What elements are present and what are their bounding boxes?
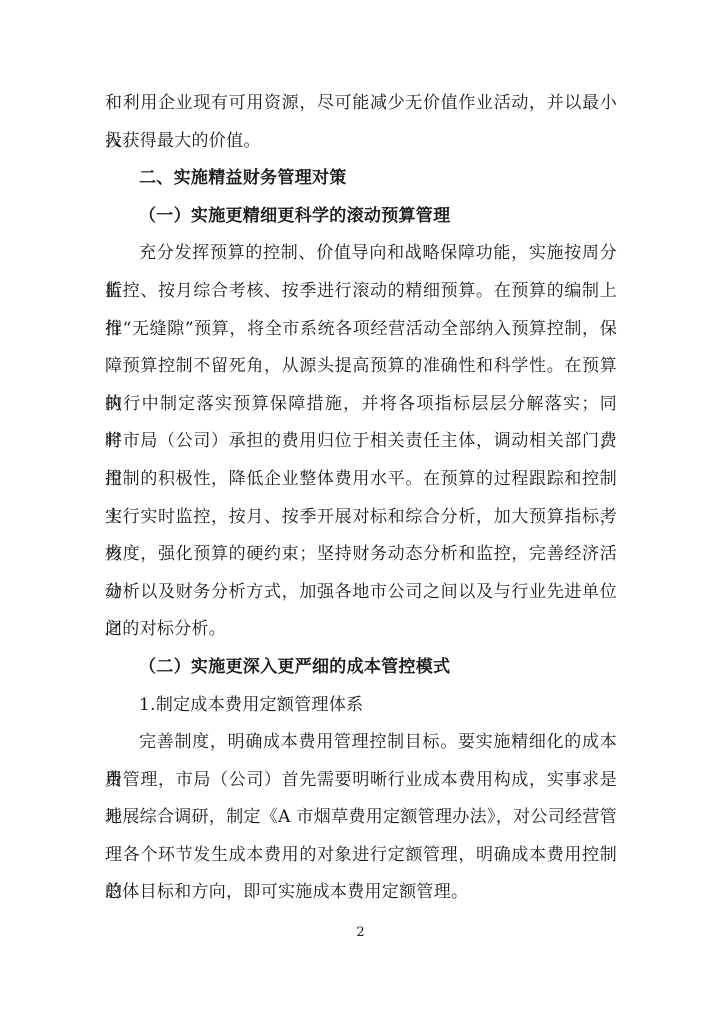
text-line: 用管理，市局（公司）首先需要明晰行业成本费用构成，实事求是地 [105, 762, 617, 800]
text-line: 完善制度，明确成本费用管理控制目标。要实施精细化的成本费 [105, 724, 617, 762]
text-line: 间的对标分析。 [105, 611, 617, 649]
paragraph: 充分发挥预算的控制、价值导向和战略保障功能，实施按周分析监控、按月综合考核、按季… [105, 235, 617, 649]
text-line: 障预算控制不留死角，从源头提高预算的准确性和科学性。在预算的 [105, 348, 617, 386]
text-line: 总体目标和方向，即可实施成本费用定额管理。 [105, 874, 617, 912]
text-line: 理各个环节发生成本费用的对象进行定额管理，明确成本费用控制的 [105, 837, 617, 875]
heading2: （二）实施更深入更严细的成本管控模式 [105, 649, 617, 687]
text-line: 实行实时监控，按月、按季开展对标和综合分析，加大预算指标考核 [105, 499, 617, 537]
text-line: 充分发挥预算的控制、价值导向和战略保障功能，实施按周分析 [105, 235, 617, 273]
text-line: （一）实施更精细更科学的滚动预算管理 [105, 198, 617, 236]
text-line: 二、实施精益财务管理对策 [105, 160, 617, 198]
text-line: 监控、按月综合考核、按季进行滚动的精细预算。在预算的编制上推 [105, 273, 617, 311]
text-area: 和利用企业现有可用资源，尽可能减少无价值作业活动，并以最小投入获得最大的价值。二… [105, 85, 617, 912]
text-line: 行“无缝隙”预算，将全市系统各项经营活动全部纳入预算控制，保 [105, 311, 617, 349]
text-line: （二）实施更深入更严细的成本管控模式 [105, 649, 617, 687]
text-line: 分析以及财务分析方式，加强各地市公司之间以及与行业先进单位之 [105, 574, 617, 612]
text-line: 力度，强化预算的硬约束；坚持财务动态分析和监控，完善经济活动 [105, 536, 617, 574]
text-line: 执行中制定落实预算保障措施，并将各项指标层层分解落实；同时， [105, 386, 617, 424]
text-line: 开展综合调研，制定《A 市烟草费用定额管理办法》，对公司经营管 [105, 799, 617, 837]
page-number: 2 [0, 924, 721, 942]
text-line: 控制的积极性，降低企业整体费用水平。在预算的过程跟踪和控制上， [105, 461, 617, 499]
heading3: 1.制定成本费用定额管理体系 [105, 687, 617, 725]
text-line: 1.制定成本费用定额管理体系 [105, 687, 617, 725]
text-line: 和利用企业现有可用资源，尽可能减少无价值作业活动，并以最小投 [105, 85, 617, 123]
paragraph: 和利用企业现有可用资源，尽可能减少无价值作业活动，并以最小投入获得最大的价值。 [105, 85, 617, 160]
text-line: 将市局（公司）承担的费用归位于相关责任主体，调动相关部门费用 [105, 423, 617, 461]
text-line: 入获得最大的价值。 [105, 123, 617, 161]
paragraph: 完善制度，明确成本费用管理控制目标。要实施精细化的成本费用管理，市局（公司）首先… [105, 724, 617, 912]
heading1: 二、实施精益财务管理对策 [105, 160, 617, 198]
document-page: 和利用企业现有可用资源，尽可能减少无价值作业活动，并以最小投入获得最大的价值。二… [0, 0, 721, 1020]
heading2: （一）实施更精细更科学的滚动预算管理 [105, 198, 617, 236]
